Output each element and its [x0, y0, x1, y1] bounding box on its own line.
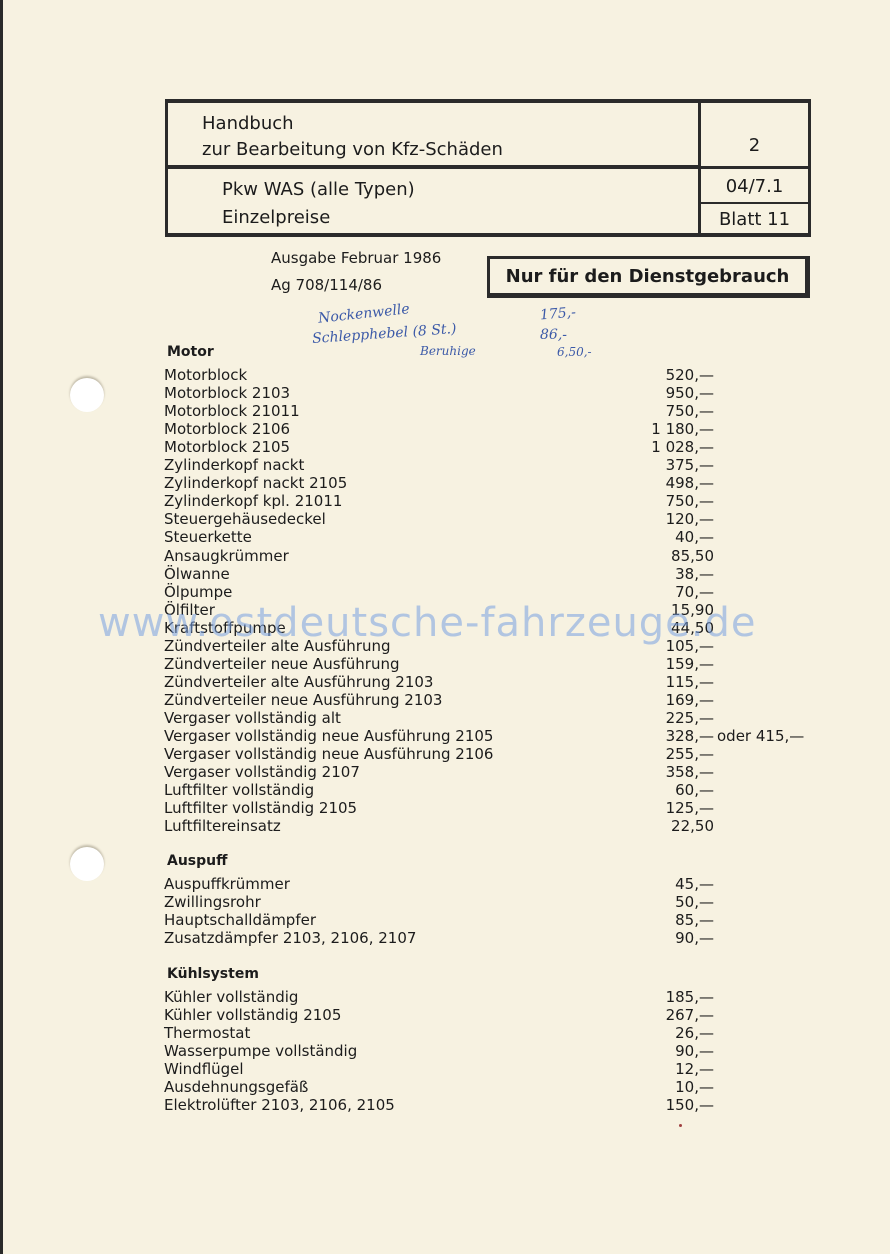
subject-cell: Pkw WAS (alle Typen) Einzelpreise [168, 169, 698, 237]
item-price: 120,— [666, 510, 714, 528]
item-alternative-price: oder 415,— [717, 727, 804, 745]
item-label: Kühler vollständig 2105 [164, 1006, 341, 1024]
sheet-cell: Blatt 11 [701, 204, 808, 237]
item-price: 358,— [666, 763, 714, 781]
section-number: 04/7.1 [701, 176, 808, 197]
item-label: Vergaser vollständig alt [164, 709, 341, 727]
edition-date: Ausgabe Februar 1986 [271, 249, 441, 267]
item-price: 26,— [675, 1024, 714, 1042]
item-label: Ausdehnungsgefäß [164, 1078, 308, 1096]
subject-line2: Einzelpreise [222, 207, 330, 228]
item-price: 40,— [675, 528, 714, 546]
item-label: Motorblock 2106 [164, 420, 290, 438]
item-label: Zylinderkopf kpl. 21011 [164, 492, 342, 510]
item-price: 498,— [666, 474, 714, 492]
punch-hole-top [70, 378, 104, 412]
section-cell: 04/7.1 [701, 169, 808, 204]
item-label: Steuergehäusedeckel [164, 510, 326, 528]
punch-hole-bottom [70, 847, 104, 881]
item-label: Elektrolüfter 2103, 2106, 2105 [164, 1096, 395, 1114]
item-price: 185,— [666, 988, 714, 1006]
reference-number: Ag 708/114/86 [271, 276, 382, 294]
item-price: 169,— [666, 691, 714, 709]
item-label: Ölwanne [164, 565, 230, 583]
manual-title-line1: Handbuch [202, 113, 294, 134]
item-label: Motorblock [164, 366, 247, 384]
section-heading-kuehlsystem: Kühlsystem [167, 966, 259, 982]
item-label: Luftfilter vollständig 2105 [164, 799, 357, 817]
item-label: Zündverteiler neue Ausführung 2103 [164, 691, 442, 709]
item-price: 125,— [666, 799, 714, 817]
item-label: Windflügel [164, 1060, 244, 1078]
item-price: 85,50 [671, 547, 714, 565]
item-price: 520,— [666, 366, 714, 384]
scan-edge [0, 0, 3, 1254]
chapter-number: 2 [701, 135, 808, 156]
item-price: 225,— [666, 709, 714, 727]
handwritten-note-3: Beruhige [420, 344, 476, 358]
item-price: 60,— [675, 781, 714, 799]
item-price: 1 028,— [651, 438, 714, 456]
item-label: Motorblock 2103 [164, 384, 290, 402]
item-price: 85,— [675, 911, 714, 929]
item-price: 38,— [675, 565, 714, 583]
item-price: 70,— [675, 583, 714, 601]
item-label: Hauptschalldämpfer [164, 911, 316, 929]
item-price: 115,— [666, 673, 714, 691]
item-label: Zündverteiler alte Ausführung 2103 [164, 673, 433, 691]
paper-speck [679, 1124, 682, 1127]
item-label: Vergaser vollständig 2107 [164, 763, 360, 781]
item-label: Luftfilter vollständig [164, 781, 314, 799]
item-label: Zylinderkopf nackt 2105 [164, 474, 347, 492]
item-label: Zündverteiler neue Ausführung [164, 655, 400, 673]
item-price: 12,— [675, 1060, 714, 1078]
watermark: www.ostdeutsche-fahrzeuge.de [98, 600, 757, 646]
handwritten-price-3: 6,50,- [557, 345, 592, 359]
header-box: Handbuch zur Bearbeitung von Kfz-Schäden… [165, 99, 811, 237]
item-price: 50,— [675, 893, 714, 911]
item-label: Vergaser vollständig neue Ausführung 210… [164, 745, 493, 763]
item-label: Motorblock 21011 [164, 402, 300, 420]
item-price: 45,— [675, 875, 714, 893]
section-heading-motor: Motor [167, 344, 214, 360]
manual-title-cell: Handbuch zur Bearbeitung von Kfz-Schäden [168, 103, 698, 169]
item-price: 375,— [666, 456, 714, 474]
subject-line1: Pkw WAS (alle Typen) [222, 179, 415, 200]
handwritten-price-2: 86,- [540, 327, 567, 343]
manual-title-line2: zur Bearbeitung von Kfz-Schäden [202, 139, 503, 160]
item-price: 150,— [666, 1096, 714, 1114]
item-label: Zusatzdämpfer 2103, 2106, 2107 [164, 929, 416, 947]
item-label: Ölpumpe [164, 583, 232, 601]
chapter-cell: 2 [701, 103, 808, 169]
item-price: 255,— [666, 745, 714, 763]
item-price: 950,— [666, 384, 714, 402]
item-label: Kühler vollständig [164, 988, 298, 1006]
item-price: 10,— [675, 1078, 714, 1096]
item-price: 90,— [675, 1042, 714, 1060]
item-label: Thermostat [164, 1024, 250, 1042]
classification-stamp: Nur für den Dienstgebrauch [487, 256, 810, 298]
item-price: 750,— [666, 402, 714, 420]
item-label: Auspuffkrümmer [164, 875, 290, 893]
item-label: Motorblock 2105 [164, 438, 290, 456]
item-price: 328,— [666, 727, 714, 745]
item-price: 750,— [666, 492, 714, 510]
item-label: Vergaser vollständig neue Ausführung 210… [164, 727, 493, 745]
item-price: 22,50 [671, 817, 714, 835]
item-label: Wasserpumpe vollständig [164, 1042, 357, 1060]
item-price: 90,— [675, 929, 714, 947]
sheet-number: Blatt 11 [701, 209, 808, 230]
item-label: Zylinderkopf nackt [164, 456, 304, 474]
item-label: Ansaugkrümmer [164, 547, 289, 565]
item-label: Luftfiltereinsatz [164, 817, 281, 835]
item-label: Steuerkette [164, 528, 252, 546]
item-label: Zwillingsrohr [164, 893, 261, 911]
section-heading-auspuff: Auspuff [167, 853, 227, 869]
item-price: 1 180,— [651, 420, 714, 438]
handwritten-note-1: Nockenwelle [317, 301, 410, 327]
item-price: 267,— [666, 1006, 714, 1024]
handwritten-price-1: 175,- [539, 304, 576, 323]
item-price: 159,— [666, 655, 714, 673]
